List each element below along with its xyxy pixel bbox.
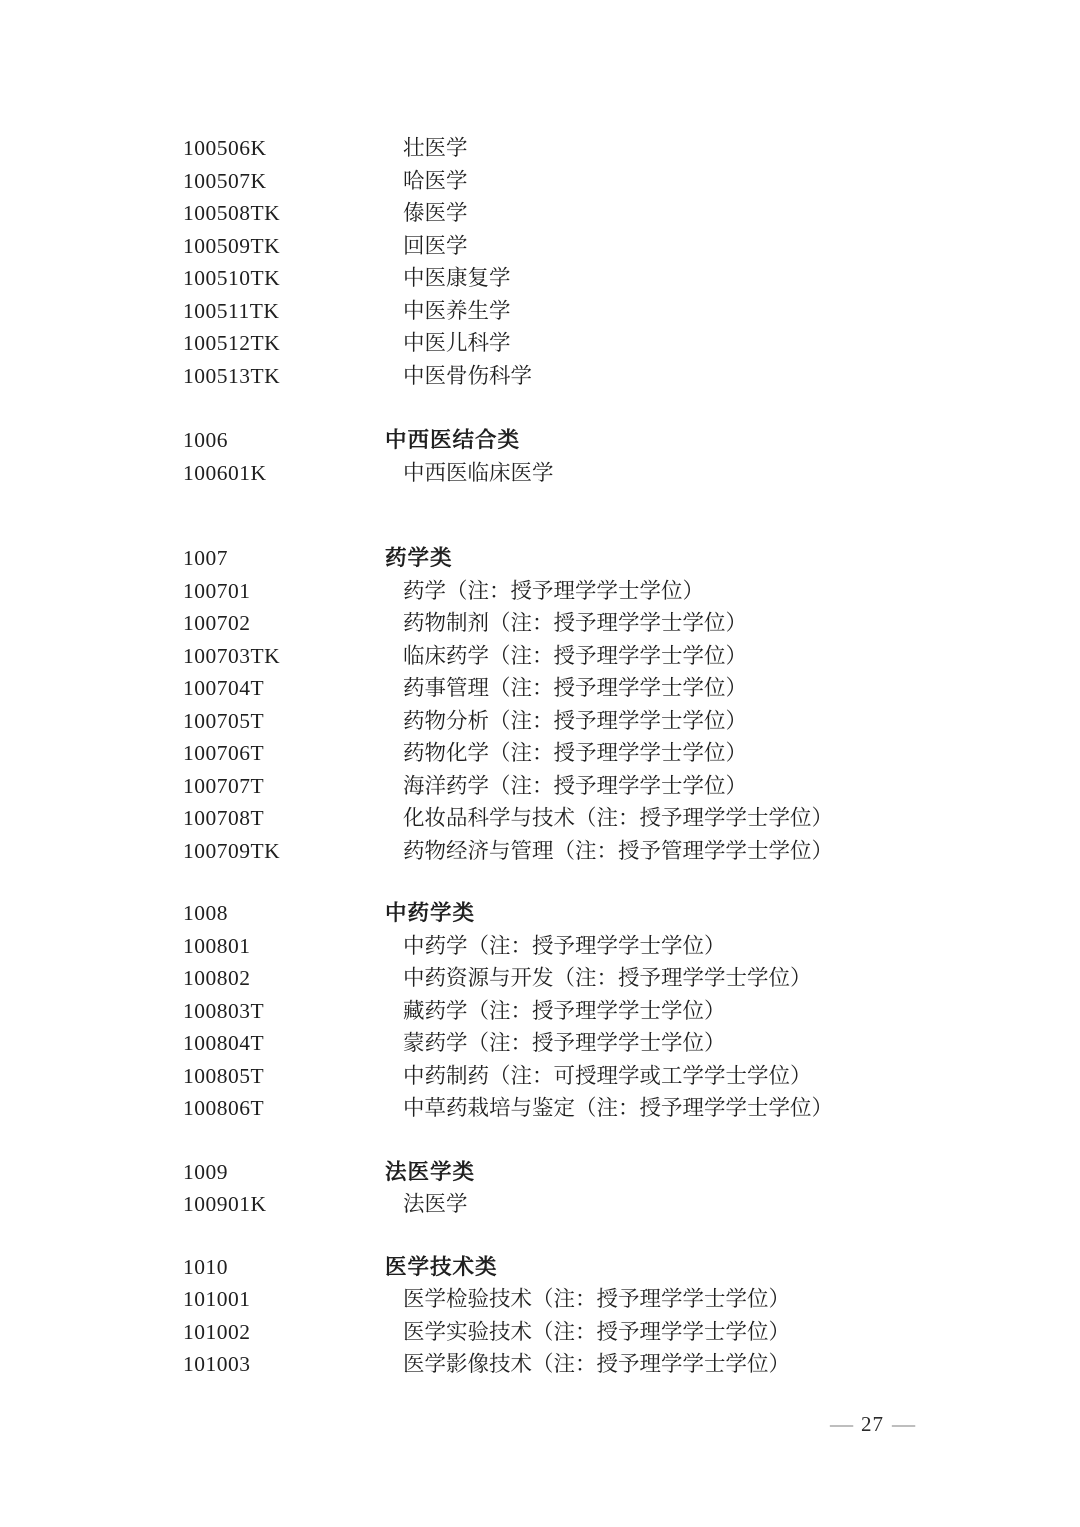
major-name: 壮医学: [385, 132, 468, 165]
section-1010: 1010医学技术类101001医学检验技术（注：授予理学学士学位）101002医…: [183, 1251, 1020, 1381]
major-row: 100804T蒙药学（注：授予理学学士学位）: [183, 1027, 1020, 1060]
page-footer: — 27 —: [831, 1409, 914, 1439]
major-row: 100707T海洋药学（注：授予理学学士学位）: [183, 770, 1020, 803]
major-code: 100901K: [183, 1188, 385, 1221]
document-page: 100506K壮医学100507K哈医学100508TK傣医学100509TK回…: [0, 0, 1080, 1527]
section-continuation: 100506K壮医学100507K哈医学100508TK傣医学100509TK回…: [183, 132, 1020, 392]
major-row: 101001医学检验技术（注：授予理学学士学位）: [183, 1283, 1020, 1316]
major-name: 中草药栽培与鉴定（注：授予理学学士学位）: [385, 1092, 833, 1125]
major-name: 中药资源与开发（注：授予理学学士学位）: [385, 962, 812, 995]
major-row: 100511TK中医养生学: [183, 295, 1020, 328]
major-name: 医学影像技术（注：授予理学学士学位）: [385, 1348, 790, 1381]
major-code: 100508TK: [183, 197, 385, 230]
major-row: 100513TK中医骨伤科学: [183, 360, 1020, 393]
major-code: 100802: [183, 962, 385, 995]
section-1006: 1006中西医结合类100601K中西医临床医学: [183, 424, 1020, 489]
major-name: 药物化学（注：授予理学学士学位）: [385, 737, 747, 770]
category-row: 1007药学类: [183, 542, 1020, 575]
category-title: 法医学类: [385, 1156, 475, 1189]
major-code: 100511TK: [183, 295, 385, 328]
major-name: 海洋药学（注：授予理学学士学位）: [385, 770, 747, 803]
category-title: 医学技术类: [385, 1251, 498, 1284]
category-row: 1008中药学类: [183, 897, 1020, 930]
category-title: 药学类: [385, 542, 453, 575]
category-code: 1008: [183, 897, 385, 930]
major-name: 中药学（注：授予理学学士学位）: [385, 930, 726, 963]
major-row: 101002医学实验技术（注：授予理学学士学位）: [183, 1316, 1020, 1349]
section-1007: 1007药学类100701药学（注：授予理学学士学位）100702药物制剂（注：…: [183, 542, 1020, 867]
major-code: 100509TK: [183, 230, 385, 263]
major-name: 蒙药学（注：授予理学学士学位）: [385, 1027, 726, 1060]
major-row: 100601K中西医临床医学: [183, 457, 1020, 490]
major-code: 100803T: [183, 995, 385, 1028]
major-row: 100702药物制剂（注：授予理学学士学位）: [183, 607, 1020, 640]
major-name: 药事管理（注：授予理学学士学位）: [385, 672, 747, 705]
major-row: 100708T化妆品科学与技术（注：授予理学学士学位）: [183, 802, 1020, 835]
major-code: 100513TK: [183, 360, 385, 393]
major-row: 100506K壮医学: [183, 132, 1020, 165]
major-row: 100803T藏药学（注：授予理学学士学位）: [183, 995, 1020, 1028]
major-name: 法医学: [385, 1188, 468, 1221]
category-row: 1009法医学类: [183, 1156, 1020, 1189]
major-code: 100507K: [183, 165, 385, 198]
major-row: 100805T中药制药（注：可授理学或工学学士学位）: [183, 1060, 1020, 1093]
major-row: 100512TK中医儿科学: [183, 327, 1020, 360]
major-code: 100804T: [183, 1027, 385, 1060]
major-row: 100705T药物分析（注：授予理学学士学位）: [183, 705, 1020, 738]
major-code: 100706T: [183, 737, 385, 770]
category-code: 1006: [183, 424, 385, 457]
major-row: 100510TK中医康复学: [183, 262, 1020, 295]
major-name: 中医骨伤科学: [385, 360, 532, 393]
major-code: 101002: [183, 1316, 385, 1349]
major-code: 100708T: [183, 802, 385, 835]
major-name: 藏药学（注：授予理学学士学位）: [385, 995, 726, 1028]
major-code: 100601K: [183, 457, 385, 490]
major-row: 100806T中草药栽培与鉴定（注：授予理学学士学位）: [183, 1092, 1020, 1125]
section-1009: 1009法医学类100901K法医学: [183, 1156, 1020, 1221]
major-row: 100507K哈医学: [183, 165, 1020, 198]
major-name: 药物经济与管理（注：授予管理学学士学位）: [385, 835, 833, 868]
major-row: 100706T药物化学（注：授予理学学士学位）: [183, 737, 1020, 770]
category-code: 1007: [183, 542, 385, 575]
section-1008: 1008中药学类100801中药学（注：授予理学学士学位）100802中药资源与…: [183, 897, 1020, 1125]
major-code: 100703TK: [183, 640, 385, 673]
major-row: 100802中药资源与开发（注：授予理学学士学位）: [183, 962, 1020, 995]
major-name: 中西医临床医学: [385, 457, 554, 490]
major-code: 100705T: [183, 705, 385, 738]
category-code: 1010: [183, 1251, 385, 1284]
major-name: 临床药学（注：授予理学学士学位）: [385, 640, 747, 673]
major-name: 中药制药（注：可授理学或工学学士学位）: [385, 1060, 812, 1093]
major-name: 药物制剂（注：授予理学学士学位）: [385, 607, 747, 640]
major-name: 中医养生学: [385, 295, 511, 328]
category-code: 1009: [183, 1156, 385, 1189]
major-row: 100509TK回医学: [183, 230, 1020, 263]
major-row: 100704T药事管理（注：授予理学学士学位）: [183, 672, 1020, 705]
page-number: 27: [861, 1409, 884, 1439]
major-list: 100506K壮医学100507K哈医学100508TK傣医学100509TK回…: [183, 132, 1020, 1381]
major-name: 医学实验技术（注：授予理学学士学位）: [385, 1316, 790, 1349]
major-code: 101003: [183, 1348, 385, 1381]
major-name: 回医学: [385, 230, 468, 263]
major-code: 100512TK: [183, 327, 385, 360]
major-name: 哈医学: [385, 165, 468, 198]
category-row: 1010医学技术类: [183, 1251, 1020, 1284]
major-name: 傣医学: [385, 197, 468, 230]
major-row: 101003医学影像技术（注：授予理学学士学位）: [183, 1348, 1020, 1381]
major-row: 100508TK傣医学: [183, 197, 1020, 230]
major-code: 100702: [183, 607, 385, 640]
major-code: 100701: [183, 575, 385, 608]
major-code: 100506K: [183, 132, 385, 165]
category-title: 中西医结合类: [385, 424, 520, 457]
major-code: 100806T: [183, 1092, 385, 1125]
major-name: 中医儿科学: [385, 327, 511, 360]
major-code: 100707T: [183, 770, 385, 803]
major-name: 药物分析（注：授予理学学士学位）: [385, 705, 747, 738]
major-name: 化妆品科学与技术（注：授予理学学士学位）: [385, 802, 833, 835]
major-code: 100704T: [183, 672, 385, 705]
major-code: 100510TK: [183, 262, 385, 295]
major-name: 医学检验技术（注：授予理学学士学位）: [385, 1283, 790, 1316]
major-name: 中医康复学: [385, 262, 511, 295]
major-code: 100709TK: [183, 835, 385, 868]
major-row: 100901K法医学: [183, 1188, 1020, 1221]
footer-dash-right: —: [892, 1409, 915, 1439]
category-row: 1006中西医结合类: [183, 424, 1020, 457]
major-code: 100801: [183, 930, 385, 963]
major-row: 100701药学（注：授予理学学士学位）: [183, 575, 1020, 608]
major-code: 101001: [183, 1283, 385, 1316]
category-title: 中药学类: [385, 897, 475, 930]
major-name: 药学（注：授予理学学士学位）: [385, 575, 704, 608]
major-code: 100805T: [183, 1060, 385, 1093]
major-row: 100801中药学（注：授予理学学士学位）: [183, 930, 1020, 963]
footer-dash-left: —: [830, 1409, 853, 1439]
major-row: 100703TK临床药学（注：授予理学学士学位）: [183, 640, 1020, 673]
major-row: 100709TK药物经济与管理（注：授予管理学学士学位）: [183, 835, 1020, 868]
